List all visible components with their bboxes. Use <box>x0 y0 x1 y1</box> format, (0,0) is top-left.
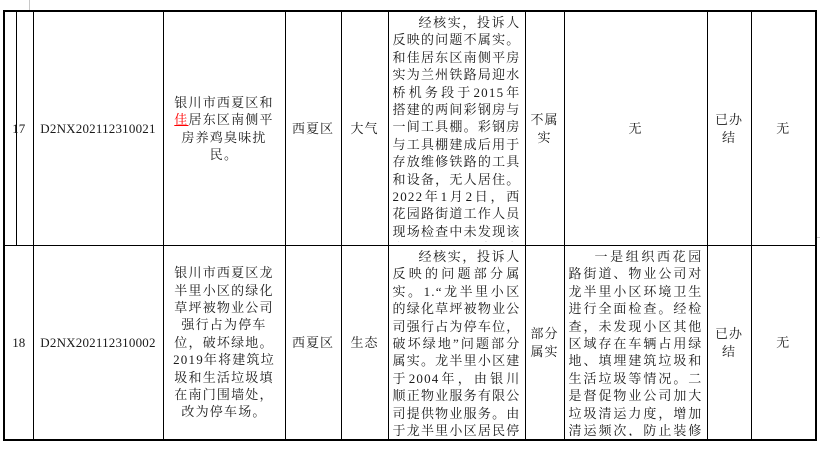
case-status-label: 已办结 <box>715 326 743 358</box>
verification-text: 经核实，投诉人反映的问题不属实。和佳居东区南侧平房实为兰州铁路局迎水桥机务段于2… <box>393 14 521 242</box>
cell-truth-status: 部分属实 <box>525 246 564 441</box>
complaint-text-prefix: 银川市西夏区和 <box>174 95 273 110</box>
cell-case-status: 已办结 <box>707 11 751 246</box>
measures-text: 一是组织西花园路街道、物业公司对龙半里小区环境卫生进行全面检查。经检查，未发现小… <box>569 248 703 436</box>
accountability-label: 无 <box>776 335 790 350</box>
table-row-18: 18 D2NX202112310002 银川市西夏区龙半里小区的绿化草坪被物业公… <box>4 246 816 441</box>
cell-verification-result: 经核实，投诉人反映的问题不属实。和佳居东区南侧平房实为兰州铁路局迎水桥机务段于2… <box>388 11 525 246</box>
cell-complaint-summary: 银川市西夏区龙半里小区的绿化草坪被物业公司强行占为停车位，破坏绿地。2019年将… <box>163 246 285 441</box>
document-sheet: 17 D2NX202112310021 银川市西夏区和佳居东区南侧平房养鸡臭味扰… <box>0 0 820 453</box>
cell-complaint-summary: 银川市西夏区和佳居东区南侧平房养鸡臭味扰民。 <box>163 11 285 246</box>
cell-measures: 无 <box>564 11 707 246</box>
cell-pollution-type: 大气 <box>341 11 388 246</box>
table-row-17: 17 D2NX202112310021 银川市西夏区和佳居东区南侧平房养鸡臭味扰… <box>4 11 816 246</box>
complaint-text: 银川市西夏区龙半里小区的绿化草坪被物业公司强行占为停车位，破坏绿地。2019年将… <box>173 265 275 419</box>
truth-status-label: 部分属实 <box>530 326 558 358</box>
cell-accountability: 无 <box>751 246 816 441</box>
cell-accountability: 无 <box>751 11 816 246</box>
case-status-label: 已办结 <box>715 112 743 144</box>
cell-row-index: 18 <box>4 246 33 441</box>
district-label: 西夏区 <box>292 335 334 350</box>
row-index-label: 18 <box>12 335 25 350</box>
case-code-label: D2NX202112310021 <box>40 121 155 136</box>
cell-pollution-type: 生态 <box>341 246 388 441</box>
district-label: 西夏区 <box>292 121 334 136</box>
cell-row-index: 17 <box>4 11 33 246</box>
cell-case-status: 已办结 <box>707 246 751 441</box>
cell-district: 西夏区 <box>285 11 341 246</box>
measures-text: 无 <box>628 121 642 136</box>
accountability-label: 无 <box>776 121 790 136</box>
case-code-label: D2NX202112310002 <box>40 335 155 350</box>
cell-truth-status: 不属实 <box>525 11 564 246</box>
complaint-text-suffix: 居东区南侧平房养鸡臭味扰民。 <box>181 112 273 162</box>
cell-verification-result: 经核实，投诉人反映的问题部分属实。1.“龙半里小区的绿化草坪被物业公司强行占为停… <box>388 246 525 441</box>
cell-case-code: D2NX202112310002 <box>33 246 163 441</box>
gridline-artifact <box>29 0 30 10</box>
cell-measures: 一是组织西花园路街道、物业公司对龙半里小区环境卫生进行全面检查。经检查，未发现小… <box>564 246 707 441</box>
complaint-table: 17 D2NX202112310021 银川市西夏区和佳居东区南侧平房养鸡臭味扰… <box>3 10 817 441</box>
truth-status-label: 不属实 <box>530 112 558 144</box>
pollution-type-label: 生态 <box>350 335 378 350</box>
cell-district: 西夏区 <box>285 246 341 441</box>
row-index-label: 17 <box>12 121 25 136</box>
verification-text: 经核实，投诉人反映的问题部分属实。1.“龙半里小区的绿化草坪被物业公司强行占为停… <box>393 248 521 436</box>
pollution-type-label: 大气 <box>350 121 378 136</box>
complaint-highlight-char: 佳 <box>174 112 188 127</box>
cell-case-code: D2NX202112310021 <box>33 11 163 246</box>
